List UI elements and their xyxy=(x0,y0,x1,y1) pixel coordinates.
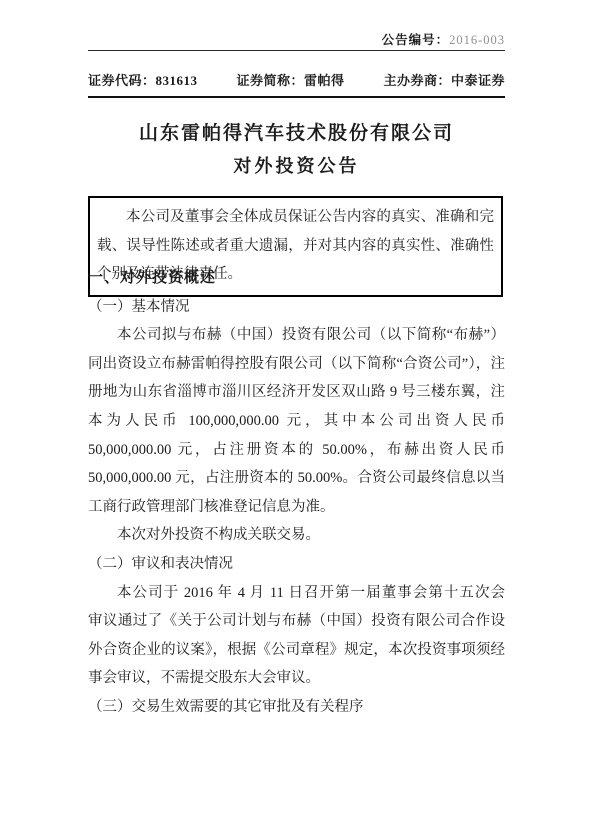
subsection-heading: （一）基本情况 xyxy=(88,293,505,322)
body-line: 册地为山东省淄博市淄川区经济开发区双山路 9 号三楼东翼，注册资 xyxy=(88,378,505,407)
body-line: 工商行政管理部门核准登记信息为准。 xyxy=(88,493,505,522)
securities-header: 证券代码：831613 证券简称：雷帕得 主办券商：中泰证券 xyxy=(88,70,505,89)
body-line: 本次对外投资不构成关联交易。 xyxy=(88,521,505,550)
body-line: 50,000,000.00 元，占注册资本的 50.00%，布赫出资人民币 xyxy=(88,436,505,465)
sponsor-label: 主办券商： xyxy=(383,73,451,88)
sponsor: 主办券商：中泰证券 xyxy=(383,70,505,89)
declaration-line: 载、误导性陈述或者重大遗漏，并对其内容的真实性、准确性和完整性承担 xyxy=(97,232,494,261)
body-line: 事会审议，不需提交股东大会审议。 xyxy=(88,664,505,693)
body-line: 外合资企业的议案》，根据《公司章程》规定，本次投资事项须经董 xyxy=(88,636,505,665)
stock-name: 证券简称：雷帕得 xyxy=(236,70,344,89)
document-body: 一、对外投资概述 （一）基本情况 本公司拟与布赫（中国）投资有限公司（以下简称“… xyxy=(88,264,505,722)
announcement-number: 公告编号：2016-003 xyxy=(88,30,505,48)
declaration-line: 本公司及董事会全体成员保证公告内容的真实、准确和完整，没有虚假记 xyxy=(97,203,494,232)
body-line: 50,000,000.00 元，占注册资本的 50.00%。合资公司最终信息以当… xyxy=(88,464,505,493)
announcement-title: 对外投资公告 xyxy=(88,152,505,178)
body-line: 本为人民币 100,000,000.00 元，其中本公司出资人民币 xyxy=(88,407,505,436)
announcement-number-value: 2016-003 xyxy=(449,33,505,47)
subsection-heading: （三）交易生效需要的其它审批及有关程序 xyxy=(88,693,505,722)
sponsor-value: 中泰证券 xyxy=(451,73,505,88)
top-divider-line xyxy=(88,50,505,51)
company-title: 山东雷帕得汽车技术股份有限公司 xyxy=(88,118,505,145)
stock-code-value: 831613 xyxy=(156,73,198,88)
body-line: 本公司拟与布赫（中国）投资有限公司（以下简称“布赫”）共 xyxy=(88,321,505,350)
document-page: 公告编号：2016-003 证券代码：831613 证券简称：雷帕得 主办券商：… xyxy=(0,0,589,834)
body-line: 同出资设立布赫雷帕得控股有限公司（以下简称“合资公司”），注 xyxy=(88,350,505,379)
section-heading-1: 一、对外投资概述 xyxy=(88,264,505,293)
announcement-number-label: 公告编号： xyxy=(382,33,450,47)
stock-name-value: 雷帕得 xyxy=(304,73,345,88)
body-line: 本公司于 2016 年 4 月 11 日召开第一届董事会第十五次会议， xyxy=(88,579,505,608)
stock-code: 证券代码：831613 xyxy=(88,70,198,89)
stock-code-label: 证券代码： xyxy=(88,73,156,88)
stock-name-label: 证券简称： xyxy=(236,73,304,88)
header-divider-line xyxy=(88,96,505,98)
body-line: 审议通过了《关于公司计划与布赫（中国）投资有限公司合作设立中 xyxy=(88,607,505,636)
subsection-heading: （二）审议和表决情况 xyxy=(88,550,505,579)
